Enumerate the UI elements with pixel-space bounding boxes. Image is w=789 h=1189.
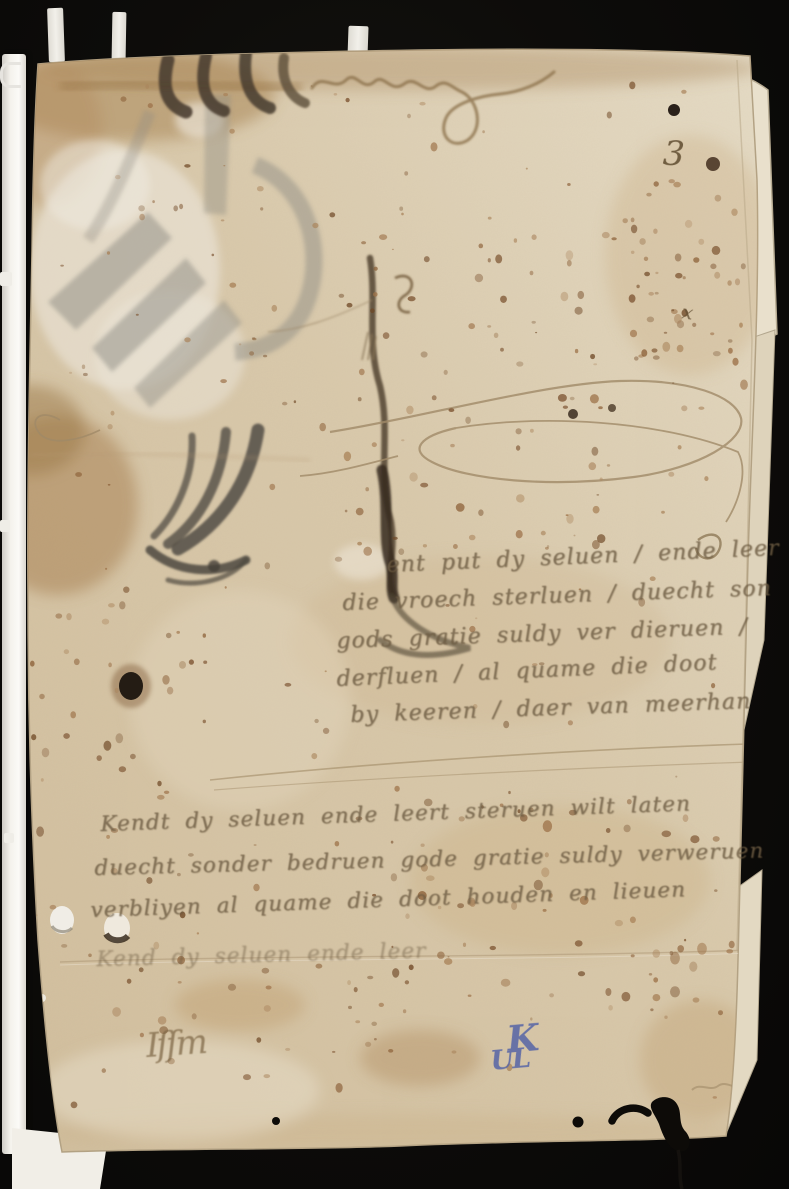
- photo-backdrop: 3 x ent put dy seluen / ende leer die vr…: [0, 0, 789, 1189]
- pen-trial-mark: Iſſm: [145, 1022, 206, 1066]
- library-stamp: K UL: [485, 1017, 571, 1092]
- folio-number: 3: [662, 133, 686, 174]
